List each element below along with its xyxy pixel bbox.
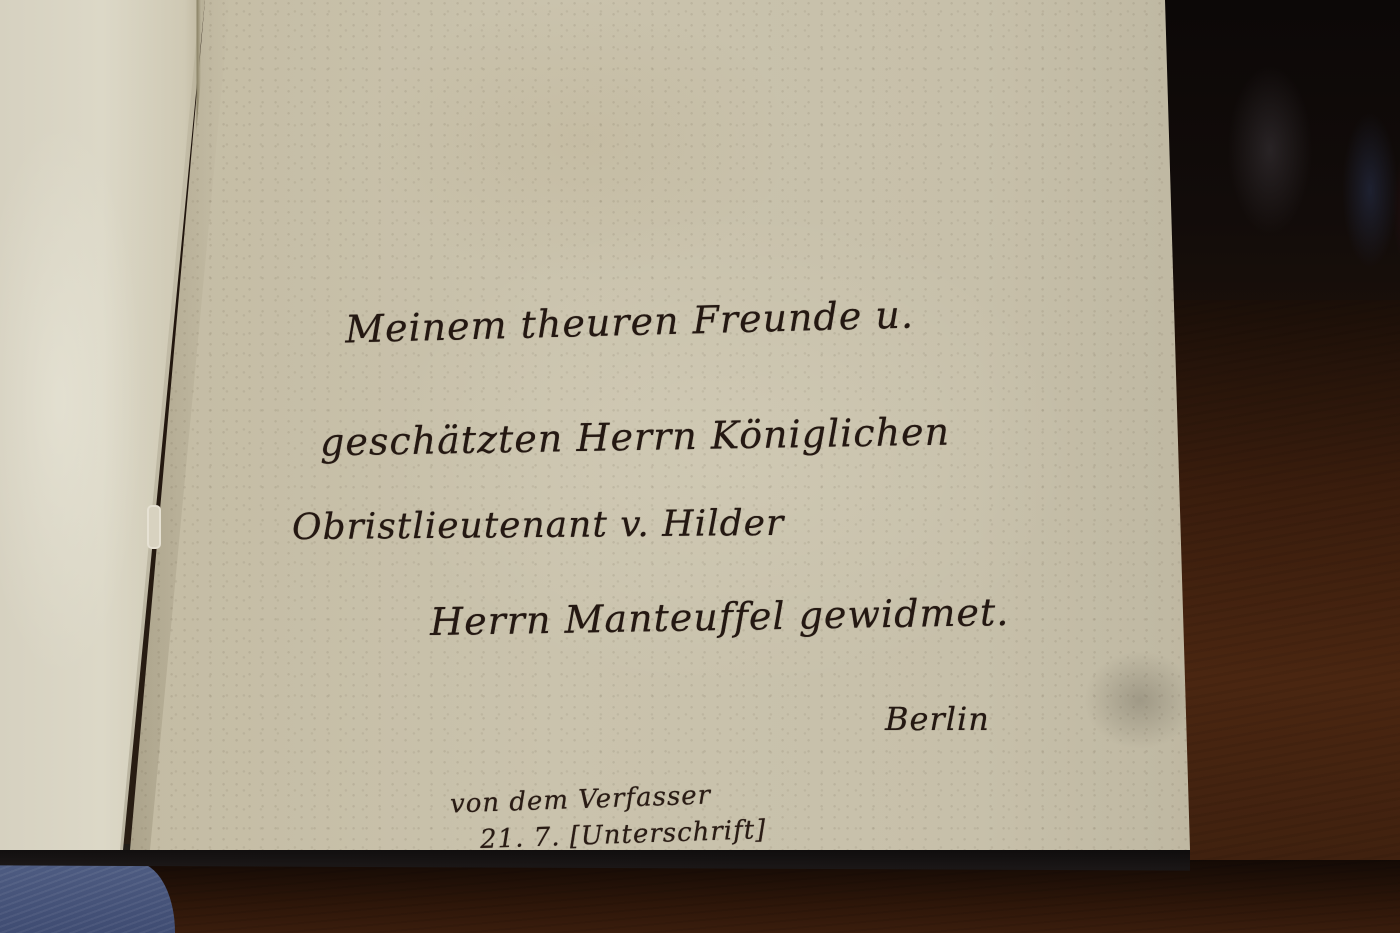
binding-stitch — [147, 505, 161, 549]
inscription-place: Berlin — [885, 700, 990, 738]
inscription-line-3: Obristlieutenant v. Hilder — [292, 503, 785, 548]
wooden-table — [1160, 300, 1400, 933]
book-photo: Meinem theuren Freunde u. geschätzten He… — [0, 0, 1400, 933]
blue-cloth — [0, 862, 175, 933]
wooden-table-foreground — [0, 860, 1400, 933]
